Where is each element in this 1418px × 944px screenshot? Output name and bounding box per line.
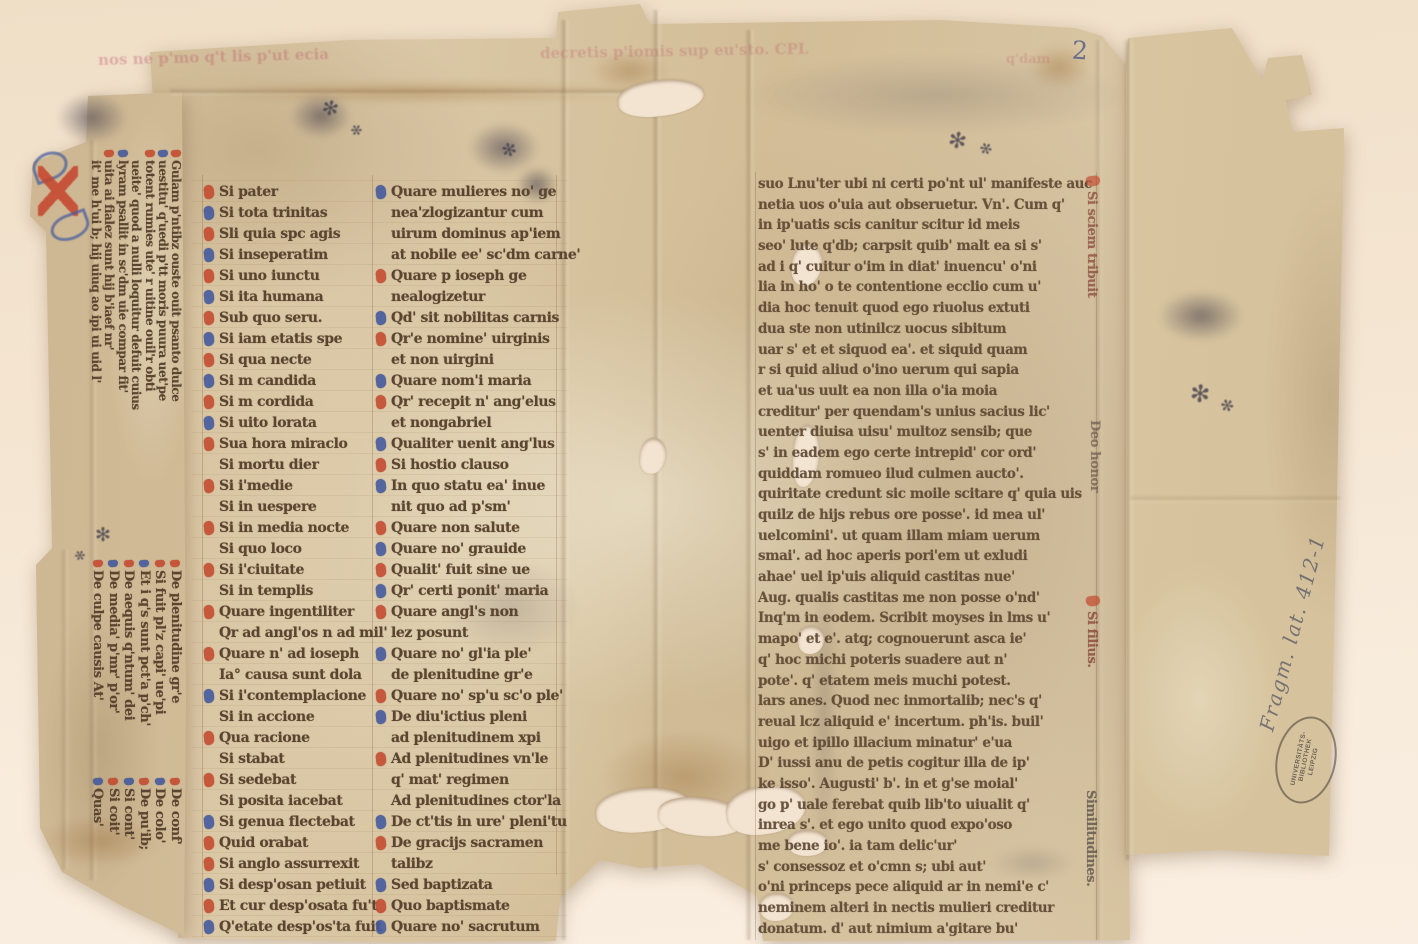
question-list-item: Q'etate desp'os'ta fuit (204, 916, 372, 937)
question-text: Qd' sit nobilitas carnis (391, 310, 559, 326)
pilcrow-mark (375, 877, 386, 892)
ink-blot: ✻ (1189, 381, 1211, 407)
question-text: Si pater (219, 184, 278, 200)
prose-line: lia in ho' o te contentione ecclio cum u… (758, 279, 1096, 300)
question-list-item: Qualit' fuit sine ue (376, 559, 561, 580)
question-list-item: Qr' certi ponit' maria (376, 580, 561, 601)
ink-blot: ✻ (978, 140, 995, 158)
question-text: Qualiter uenit ang'lus (391, 436, 555, 452)
question-list-item: Si tota trinitas (204, 202, 372, 223)
pilcrow-mark (375, 751, 386, 766)
prose-line: donatum. d' aut nimium a'gitare bu' (758, 921, 1096, 942)
strip-line-text: lyram psallit in sc'dm uie compar fit' (116, 160, 130, 393)
pilcrow-mark (154, 777, 165, 785)
question-list-item: talibz (376, 853, 561, 874)
prose-line: ahae' uel ip'uis aliquid castitas nue' (758, 569, 1096, 590)
question-text: Quo baptismate (391, 898, 510, 914)
question-text: Qualit' fuit sine ue (391, 562, 530, 578)
pilcrow-mark (123, 559, 134, 567)
question-list-item: Qr'e nomine' uirginis (376, 328, 561, 349)
question-text: Sub quo seru. (219, 310, 322, 326)
fold-crease (1124, 40, 1134, 860)
pilcrow-mark (375, 478, 386, 493)
question-list-item: Si stabat (204, 748, 372, 769)
question-list-item: Quare p ioseph ge (376, 265, 561, 286)
pilcrow-mark (375, 835, 386, 850)
prose-line: s' consessoz et o'cmn s; ubi aut' (758, 859, 1096, 880)
pilcrow-mark (375, 436, 386, 451)
question-list-item: nit quo ad p'sm' (376, 496, 561, 517)
pilcrow-mark (203, 394, 214, 409)
question-list-item: De gracijs sacramen (376, 832, 561, 853)
strip-line: uita ai fialez sunt hij b'iaef nr' (103, 150, 116, 550)
strip-line-text: uita ai fialez sunt hij b'iaef nr' (102, 160, 116, 350)
question-text: Si mortu dier (219, 457, 319, 473)
question-text: at nobile ee' sc'dm carne' (391, 247, 580, 263)
prose-line: quiddam romueo ilud culmen aucto'. (758, 466, 1096, 487)
question-text: De ct'tis in ure' pleni'tu (391, 814, 567, 830)
question-list-item: In quo statu ea' inue (376, 475, 561, 496)
pilcrow-mark (104, 149, 115, 157)
question-list-item: Si hostio clauso (376, 454, 561, 475)
question-text: nit quo ad p'sm' (391, 499, 510, 515)
marginal-note: Deo honor (1087, 420, 1102, 492)
strip-line-text: De aequis q'ntum' dei (121, 570, 136, 720)
strip-line-text: Si coit' (106, 788, 121, 835)
strip-line-text: Et i q's sunt pct'a p'ch' (137, 570, 152, 726)
marginal-note-text: Si sciem tribuit (1084, 191, 1099, 297)
prose-line: uenter diuisa uisu' multoz sensib; que (758, 424, 1096, 445)
prose-line: quilz de hijs rebus ore posse'. id mea u… (758, 507, 1096, 528)
question-list-item: Si in templis (204, 580, 372, 601)
question-list-item: De diu'ictius pleni (376, 706, 561, 727)
pilcrow-mark (375, 457, 386, 472)
prose-line: neminem alteri in nectis mulieri creditu… (758, 900, 1096, 921)
pilcrow-mark (203, 520, 214, 535)
question-text: Si iam etatis spe (219, 331, 342, 347)
question-text: Quid orabat (219, 835, 308, 851)
prose-line: in ip'uatis scis canitur scitur id meis (758, 217, 1096, 238)
prose-line: uelcomini'. ut quam illam miam uerum (758, 528, 1096, 549)
pilcrow-mark (203, 310, 214, 325)
strip-line: lyram psallit in sc'dm uie compar fit' (116, 150, 129, 550)
strip-line-text: uestitu' q'uedi p'tt moris puura uet'pe (156, 160, 170, 401)
question-text: Si quo loco (219, 541, 302, 557)
question-list-item: Si qua necte (204, 349, 372, 370)
pilcrow-mark (203, 898, 214, 913)
prose-line: s' in eadem ego certe intrepid' cor ord' (758, 445, 1096, 466)
question-text: Qr'e nomine' uirginis (391, 331, 550, 347)
question-list-item: Et cur desp'osata fu't (204, 895, 372, 916)
decorated-initial (30, 152, 92, 238)
question-list-item: q' mat' regimen (376, 769, 561, 790)
left-strip-lower2-text: De conf' De colo' De pu'ib; Si cont' Si … (89, 778, 183, 878)
pilcrow-mark (144, 149, 155, 157)
question-text: Quare no' gl'ia ple' (391, 646, 531, 662)
question-text: et nongabriel (391, 415, 491, 431)
stain (740, 55, 1130, 135)
left-strip-lower-text: De plenitudine gr'e Si fuit pl'z capi' u… (89, 560, 183, 772)
pilcrow-mark (92, 777, 103, 785)
question-text: Quare no' sp'u sc'o ple' (391, 688, 563, 704)
prose-line: inrea s'. et ego unito quod expo'oso (758, 817, 1096, 838)
question-text: uirum dominus ap'iem (391, 226, 560, 242)
strip-line-text: De colo' (152, 788, 167, 843)
pilcrow-mark (203, 919, 214, 934)
pilcrow-mark (170, 559, 181, 567)
question-list-item: Sli quia spc agis (204, 223, 372, 244)
prose-line: me bene io'. ia tam delic'ur' (758, 838, 1096, 859)
question-list-item: Quare no' gl'ia ple' (376, 643, 561, 664)
question-text: de plenitudine gr'e (391, 667, 533, 683)
question-text: Quare nom'i maria (391, 373, 531, 389)
question-text: Ia° causa sunt dola (219, 667, 362, 683)
strip-line: De pu'ib; (137, 778, 153, 878)
pilcrow-mark (203, 835, 214, 850)
question-text: Si anglo assurrexit (219, 856, 359, 872)
pilcrow-mark (1086, 175, 1101, 186)
question-list-item: Quare mulieres no' ge (376, 181, 561, 202)
prose-line: pote'. q' etatem meis muchi potest. (758, 673, 1096, 694)
question-text: Si in templis (219, 583, 313, 599)
question-list-item: Quare angl's non (376, 601, 561, 622)
pilcrow-mark (375, 919, 386, 934)
strip-line-text: it' me h'ui b; hij uiuq ao ipi ui uid l' (89, 160, 103, 383)
question-list-item: Sed baptizata (376, 874, 561, 895)
question-list-item: Ia° causa sunt dola (204, 664, 372, 685)
pilcrow-mark (203, 562, 214, 577)
pilcrow-mark (158, 149, 169, 157)
question-list-item: Qualiter uenit ang'lus (376, 433, 561, 454)
prose-line: lars anes. Quod nec inmortalib; nec's q' (758, 693, 1096, 714)
question-list-item: Qua racione (204, 727, 372, 748)
prose-line: quiritate credunt sic moile scitare q' q… (758, 486, 1096, 507)
question-list-item: Quare n' ad ioseph (204, 643, 372, 664)
marginal-note: Si filius. (1084, 596, 1100, 668)
question-list-item: at nobile ee' sc'dm carne' (376, 244, 561, 265)
strip-line-text: De media' p'mr' p'or' (106, 570, 121, 713)
question-text: Q'etate desp'os'ta fuit (219, 919, 382, 935)
prose-line: q' hoc michi poteris suadere aut n' (758, 652, 1096, 673)
question-list-item: Quare non salute (376, 517, 561, 538)
question-list-item: Quare no' sacrutum (376, 916, 561, 937)
pilcrow-mark (375, 331, 386, 346)
prose-line: suo Lnu'ter ubi ni certi po'nt ul' manif… (758, 176, 1096, 197)
strip-line-text: De pu'ib; (137, 788, 152, 850)
marginal-note-text: Si filius. (1084, 611, 1099, 668)
question-list-item: Si mortu dier (204, 454, 372, 475)
question-text: Et cur desp'osata fu't (219, 898, 377, 914)
question-text: Si m cordida (219, 394, 313, 410)
folio-number: 2 (1071, 35, 1089, 65)
question-list-item: et nongabriel (376, 412, 561, 433)
question-list-item: Quid orabat (204, 832, 372, 853)
pilcrow-mark (203, 373, 214, 388)
top-rubric-left: nos ne p'mo q't lis p'ut ecia (98, 45, 329, 69)
question-text: Si i'medie (219, 478, 293, 494)
question-list-item: Ad plenitudines vn'le (376, 748, 561, 769)
strip-line: Si coit' (106, 778, 122, 878)
question-text: Si qua necte (219, 352, 311, 368)
ink-blot: ✻ (72, 548, 87, 564)
prose-line: creditur' per quendam's unius sacius lic… (758, 404, 1096, 425)
pilcrow-mark (139, 559, 150, 567)
strip-line-text: Gulam p'ntibz ouste ouit psanto dulce (169, 160, 183, 402)
strip-line-text: Si cont' (121, 788, 136, 840)
pilcrow-mark (203, 247, 214, 262)
strip-line: De plenitudine gr'e (168, 560, 184, 772)
strip-line-text: De conf' (168, 788, 183, 844)
question-list-item: Si in uespere (204, 496, 372, 517)
prose-line: dia hoc tenuit quod ego riuolus extuti (758, 300, 1096, 321)
fold-crease (1130, 495, 1340, 504)
question-list-item: Sua hora miraclo (204, 433, 372, 454)
question-list-item: et non uirgini (376, 349, 561, 370)
pilcrow-mark (203, 856, 214, 871)
prose-line: go p' uale ferebat quib lib'to uiualit q… (758, 797, 1096, 818)
strip-line: uestitu' q'uedi p'tt moris puura uet'pe (156, 150, 169, 550)
ink-blot: ✻ (946, 130, 968, 155)
prose-line: netia uos o'uia aut obseruetur. Vn'. Cum… (758, 197, 1096, 218)
question-list-item: Qr' recepit n' ang'elus (376, 391, 561, 412)
strip-line: De media' p'mr' p'or' (106, 560, 122, 772)
strip-line: it' me h'ui b; hij uiuq ao ipi ui uid l' (89, 150, 102, 550)
question-text: Qua racione (219, 730, 310, 746)
top-rubric-center: decretis p'iomis sup eu'sto. CPL (540, 40, 809, 63)
question-text: lez posunt (391, 625, 468, 641)
strip-line-text: Si fuit pl'z capi' ue'pi (152, 570, 167, 714)
question-text: Si m candida (219, 373, 316, 389)
question-text: Si inseperatim (219, 247, 328, 263)
pilcrow-mark (171, 149, 182, 157)
prose-line: ke isso'. Augusti' b'. in et g'se moial' (758, 776, 1096, 797)
question-text: Quare mulieres no' ge (391, 184, 556, 200)
pilcrow-mark (375, 373, 386, 388)
column-guide (755, 172, 756, 940)
question-text: Si uito lorata (219, 415, 317, 431)
question-list-item: Si m cordida (204, 391, 372, 412)
question-text: Quare no' grauide (391, 541, 526, 557)
photograph-canvas: ✻ ✻ ✻ ✻ ✻ ✻ ✻ ✻ ✻ nos ne p'mo q't lis p'… (0, 0, 1418, 944)
prose-line: reual lcz aliquid e' incertum. ph'is. bu… (758, 714, 1096, 735)
top-rubric-right: q'dam (1006, 52, 1050, 67)
question-list-item: Qd' sit nobilitas carnis (376, 307, 561, 328)
pilcrow-mark (375, 688, 386, 703)
question-list-item: Si i'medie (204, 475, 372, 496)
question-list-item: uirum dominus ap'iem (376, 223, 561, 244)
question-list-item: Si quo loco (204, 538, 372, 559)
question-text: Qr' recepit n' ang'elus (391, 394, 556, 410)
strip-line: Quas' (90, 778, 106, 878)
question-text: De diu'ictius pleni (391, 709, 527, 725)
question-list-item: Quare no' grauide (376, 538, 561, 559)
strip-line: Si cont' (121, 778, 137, 878)
question-text: Si in media nocte (219, 520, 349, 536)
question-list-item: Si inseperatim (204, 244, 372, 265)
question-list-item: nealogizetur (376, 286, 561, 307)
question-text: Quare n' ad ioseph (219, 646, 359, 662)
prose-line: ad i q' cuitur o'im in diat' inuencu' o'… (758, 259, 1096, 280)
strip-line: De colo' (152, 778, 168, 878)
pilcrow-mark (203, 478, 214, 493)
strip-line: Et i q's sunt pct'a p'ch' (137, 560, 153, 772)
prose-line: uar s' et et siquod ea'. et siquid quam (758, 342, 1096, 363)
pilcrow-mark (375, 814, 386, 829)
question-text: Si tota trinitas (219, 205, 327, 221)
question-list-item: de plenitudine gr'e (376, 664, 561, 685)
question-list-column-2: Quare mulieres no' ge nea'zlogizantur cu… (376, 181, 561, 937)
pilcrow-mark (203, 646, 214, 661)
column-guide (202, 175, 203, 937)
pilcrow-mark (375, 394, 386, 409)
pilcrow-mark (117, 149, 128, 157)
prose-line: mapo' et e'. atq; cognouerunt asca ie' (758, 631, 1096, 652)
question-list-item: Si anglo assurrexit (204, 853, 372, 874)
strip-line: De aequis q'ntum' dei (121, 560, 137, 772)
marginal-note-text: Similitudines. (1083, 790, 1098, 886)
ink-smudge (1158, 290, 1244, 342)
question-text: Si i'contemplacione (219, 688, 366, 704)
pilcrow-mark (375, 268, 386, 283)
stain (180, 80, 650, 104)
pilcrow-mark (203, 352, 214, 367)
question-list-item: Si uito lorata (204, 412, 372, 433)
question-list-item: Si genua flectebat (204, 811, 372, 832)
question-text: De gracijs sacramen (391, 835, 543, 851)
pilcrow-mark (203, 331, 214, 346)
question-list-item: Qr ad angl'os n ad mil' (204, 622, 372, 643)
question-list-item: Si in accione (204, 706, 372, 727)
pilcrow-mark (92, 559, 103, 567)
strip-line: De conf' (168, 778, 184, 878)
question-text: Qr' certi ponit' maria (391, 583, 548, 599)
question-list-item: Si in media nocte (204, 517, 372, 538)
question-text: Si in uespere (219, 499, 316, 515)
pilcrow-mark (375, 583, 386, 598)
pilcrow-mark (203, 814, 214, 829)
pilcrow-mark (108, 777, 119, 785)
ink-blot: ✻ (347, 122, 364, 140)
pilcrow-mark (203, 772, 214, 787)
pilcrow-mark (139, 777, 150, 785)
prose-text-block: suo Lnu'ter ubi ni certi po'nt ul' manif… (758, 176, 1096, 941)
parchment-hole (638, 436, 669, 475)
question-text: Quare non salute (391, 520, 520, 536)
question-list-item: Quare no' sp'u sc'o ple' (376, 685, 561, 706)
pilcrow-mark (203, 289, 214, 304)
question-text: Si ita humana (219, 289, 323, 305)
question-text: Si sedebat (219, 772, 296, 788)
pilcrow-mark (375, 310, 386, 325)
question-text: ad plenitudinem xpi (391, 730, 541, 746)
pilcrow-mark (154, 559, 165, 567)
question-text: Si i'ciuitate (219, 562, 304, 578)
pilcrow-mark (203, 436, 214, 451)
question-text: Sed baptizata (391, 877, 492, 893)
pilcrow-mark (203, 226, 214, 241)
pilcrow-mark (1086, 595, 1101, 606)
prose-line: uigo et ipillo illacium minatur' e'ua (758, 735, 1096, 756)
pilcrow-mark (375, 520, 386, 535)
question-list-item: lez posunt (376, 622, 561, 643)
marginal-note-text: Deo honor (1087, 420, 1102, 492)
pilcrow-mark (375, 898, 386, 913)
pilcrow-mark (203, 688, 214, 703)
question-text: Si hostio clauso (391, 457, 509, 473)
question-list-item: Quare nom'i maria (376, 370, 561, 391)
marginal-note: Si sciem tribuit (1084, 176, 1100, 297)
strip-line-text: Quas' (90, 788, 105, 827)
question-list-item: Sub quo seru. (204, 307, 372, 328)
shelfmark-pencil: Fragm. lat. 412-1 (1255, 534, 1330, 733)
question-list-item: Si ita humana (204, 286, 372, 307)
column-guide (372, 175, 373, 937)
question-list-item: Ad plenitudines ctor'la (376, 790, 561, 811)
pilcrow-mark (203, 205, 214, 220)
question-list-item: Si posita iacebat (204, 790, 372, 811)
left-strip-upper-text: Gulam p'ntibz ouste ouit psanto dulce ue… (89, 150, 183, 550)
question-list-item: ad plenitudinem xpi (376, 727, 561, 748)
question-text: Ad plenitudines ctor'la (391, 793, 561, 809)
pilcrow-mark (203, 184, 214, 199)
marginal-note: Similitudines. (1083, 790, 1098, 886)
strip-line-text: ueite' quod a nulli loquitur defuit cuiu… (129, 160, 143, 410)
pilcrow-mark (375, 604, 386, 619)
question-list-item: Si desp'osan petiuit (204, 874, 372, 895)
pilcrow-mark (375, 541, 386, 556)
strip-line: totent rumies ute' r uitine ouil'r obti (143, 150, 156, 550)
prose-line: et ua'us uult ea non illa o'ia moia (758, 383, 1096, 404)
question-text: Si stabat (219, 751, 284, 767)
question-text: Ad plenitudines vn'le (391, 751, 548, 767)
pilcrow-mark (203, 730, 214, 745)
question-text: nealogizetur (391, 289, 485, 305)
question-text: Si in accione (219, 709, 314, 725)
prose-line: seo' lute q'db; carpsit quib' malt ea si… (758, 238, 1096, 259)
strip-line-text: De plenitudine gr'e (168, 570, 183, 703)
question-text: nea'zlogizantur cum (391, 205, 543, 221)
question-text: talibz (391, 856, 433, 872)
question-list-item: nea'zlogizantur cum (376, 202, 561, 223)
question-text: Qr ad angl'os n ad mil' (219, 625, 387, 641)
pilcrow-mark (203, 604, 214, 619)
question-list-item: Si i'contemplacione (204, 685, 372, 706)
question-list-item: Si sedebat (204, 769, 372, 790)
pilcrow-mark (375, 709, 386, 724)
strip-line: ueite' quod a nulli loquitur defuit cuiu… (129, 150, 142, 550)
pilcrow-mark (170, 777, 181, 785)
pilcrow-mark (203, 268, 214, 283)
ink-smudge (56, 92, 128, 144)
strip-line-text: De culpe causis At' (90, 570, 105, 700)
question-text: Sli quia spc agis (219, 226, 340, 242)
question-text: Quare ingentiliter (219, 604, 354, 620)
pilcrow-mark (108, 559, 119, 567)
prose-line: D' iussi anu de petis cogitur illa de ip… (758, 755, 1096, 776)
question-list-item: Si iam etatis spe (204, 328, 372, 349)
prose-line: dua ste non utinilcz uocus sibitum (758, 321, 1096, 342)
prose-line: smai'. ad hoc aperis pori'em ut exludi (758, 548, 1096, 569)
question-text: et non uirgini (391, 352, 494, 368)
prose-line: r si quid aliud o'ino uerum qui sapia (758, 362, 1096, 383)
strip-line: De culpe causis At' (90, 560, 106, 772)
strip-line-text: totent rumies ute' r uitine ouil'r obti (143, 160, 157, 391)
pilcrow-mark (375, 562, 386, 577)
question-list-item: De ct'tis in ure' pleni'tu (376, 811, 561, 832)
question-text: Si desp'osan petiuit (219, 877, 366, 893)
pilcrow-mark (375, 184, 386, 199)
question-text: Si posita iacebat (219, 793, 342, 809)
